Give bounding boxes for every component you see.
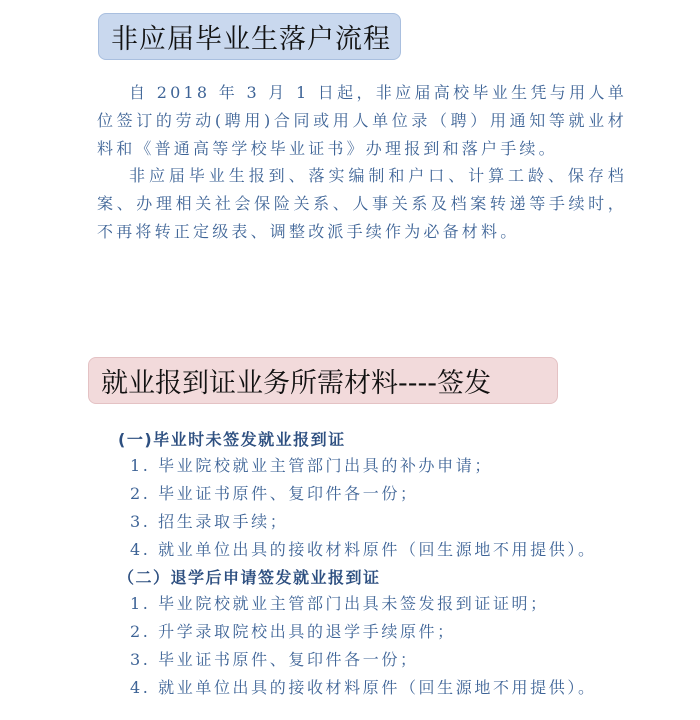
list-item: 1. 毕业院校就业主管部门出具的补办申请；: [130, 452, 597, 480]
requirements-list-1: 1. 毕业院校就业主管部门出具的补办申请； 2. 毕业证书原件、复印件各一份； …: [130, 452, 597, 564]
list-item: 1. 毕业院校就业主管部门出具未签发报到证证明；: [130, 590, 597, 618]
subheading-not-issued-at-graduation: (一)毕业时未签发就业报到证: [118, 427, 346, 450]
section-title-text: 非应届毕业生落户流程: [111, 17, 391, 56]
list-item: 4. 就业单位出具的接收材料原件（回生源地不用提供）。: [130, 674, 597, 702]
list-item: 2. 毕业证书原件、复印件各一份；: [130, 480, 597, 508]
list-item: 3. 招生录取手续；: [130, 508, 597, 536]
requirements-list-2: 1. 毕业院校就业主管部门出具未签发报到证证明； 2. 升学录取院校出具的退学手…: [130, 590, 597, 702]
paragraph-policy-materials: 非应届毕业生报到、落实编制和户口、计算工龄、保存档案、办理相关社会保险关系、人事…: [97, 162, 627, 246]
subheading-after-dropout: （二）退学后申请签发就业报到证: [118, 565, 381, 588]
paragraph-policy-date: 自 2018 年 3 月 1 日起，非应届高校毕业生凭与用人单位签订的劳动(聘用…: [97, 79, 627, 163]
list-item: 3. 毕业证书原件、复印件各一份；: [130, 646, 597, 674]
list-item: 4. 就业单位出具的接收材料原件（回生源地不用提供）。: [130, 536, 597, 564]
list-item: 2. 升学录取院校出具的退学手续原件；: [130, 618, 597, 646]
section-title-report-certificate-materials: 就业报到证业务所需材料----签发: [88, 357, 558, 404]
section-title-text: 就业报到证业务所需材料----签发: [101, 361, 491, 400]
section-title-non-fresh-graduate-settlement: 非应届毕业生落户流程: [98, 13, 401, 60]
